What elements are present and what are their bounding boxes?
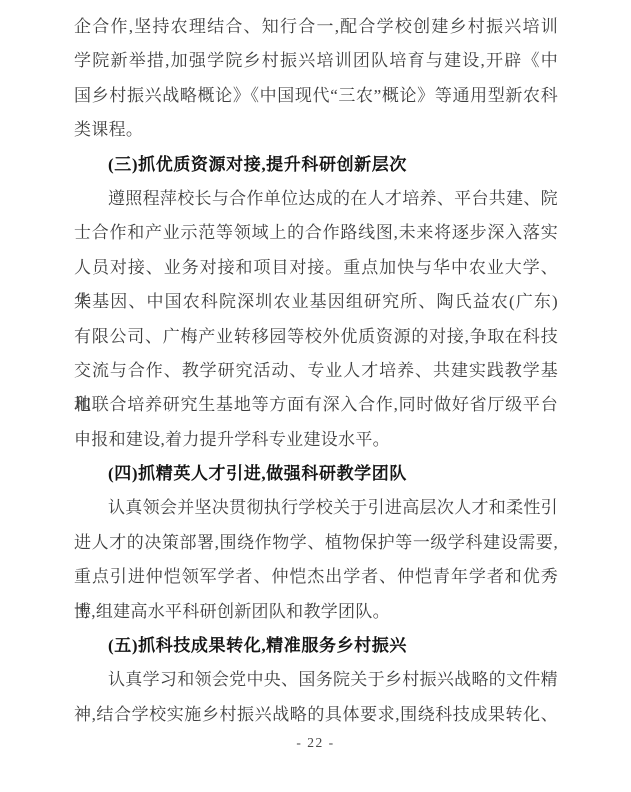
section-heading-3: (三)抓优质资源对接,提升科研创新层次 <box>74 148 558 182</box>
text-line: 学院新举措,加强学院乡村振兴培训团队培育与建设,开辟《中 <box>74 44 558 78</box>
text-line: 进人才的决策部署,围绕作物学、植物保护等一级学科建设需要, <box>74 526 558 560</box>
text-line: 申报和建设,着力提升学科专业建设水平。 <box>74 423 558 457</box>
section-heading-4: (四)抓精英人才引进,做强科研教学团队 <box>74 457 558 491</box>
text-line: 有限公司、广梅产业转移园等校外优质资源的对接,争取在科技 <box>74 320 558 354</box>
text-line: 遵照程萍校长与合作单位达成的在人才培养、平台共建、院 <box>74 182 558 216</box>
text-line: 认真领会并坚决贯彻执行学校关于引进高层次人才和柔性引 <box>74 491 558 525</box>
text-line: 类课程。 <box>74 113 558 147</box>
text-line: 认真学习和领会党中央、国务院关于乡村振兴战略的文件精 <box>74 663 558 697</box>
page-number: - 22 - <box>0 732 631 754</box>
text-line: 和联合培养研究生基地等方面有深入合作,同时做好省厅级平台 <box>74 388 558 422</box>
text-line: 士合作和产业示范等领域上的合作路线图,未来将逐步深入落实 <box>74 216 558 250</box>
text-line: 企合作,坚持农理结合、知行合一,配合学校创建乡村振兴培训 <box>74 10 558 44</box>
text-line: 人员对接、业务对接和项目对接。重点加快与华中农业大学、华 <box>74 251 558 285</box>
text-line: 国乡村振兴战略概论》《中国现代“三农”概论》等通用型新农科 <box>74 79 558 113</box>
text-line: 重点引进仲恺领军学者、仲恺杰出学者、仲恺青年学者和优秀博 <box>74 560 558 594</box>
section-heading-5: (五)抓科技成果转化,精准服务乡村振兴 <box>74 629 558 663</box>
text-line: 神,结合学校实施乡村振兴战略的具体要求,围绕科技成果转化、 <box>74 698 558 732</box>
text-line: 大基因、中国农科院深圳农业基因组研究所、陶氏益农(广东) <box>74 285 558 319</box>
text-line: 交流与合作、教学研究活动、专业人才培养、共建实践教学基地 <box>74 354 558 388</box>
text-line: 士,组建高水平科研创新团队和教学团队。 <box>74 595 558 629</box>
document-page: 企合作,坚持农理结合、知行合一,配合学校创建乡村振兴培训 学院新举措,加强学院乡… <box>0 0 631 792</box>
text-body: 企合作,坚持农理结合、知行合一,配合学校创建乡村振兴培训 学院新举措,加强学院乡… <box>74 10 558 732</box>
